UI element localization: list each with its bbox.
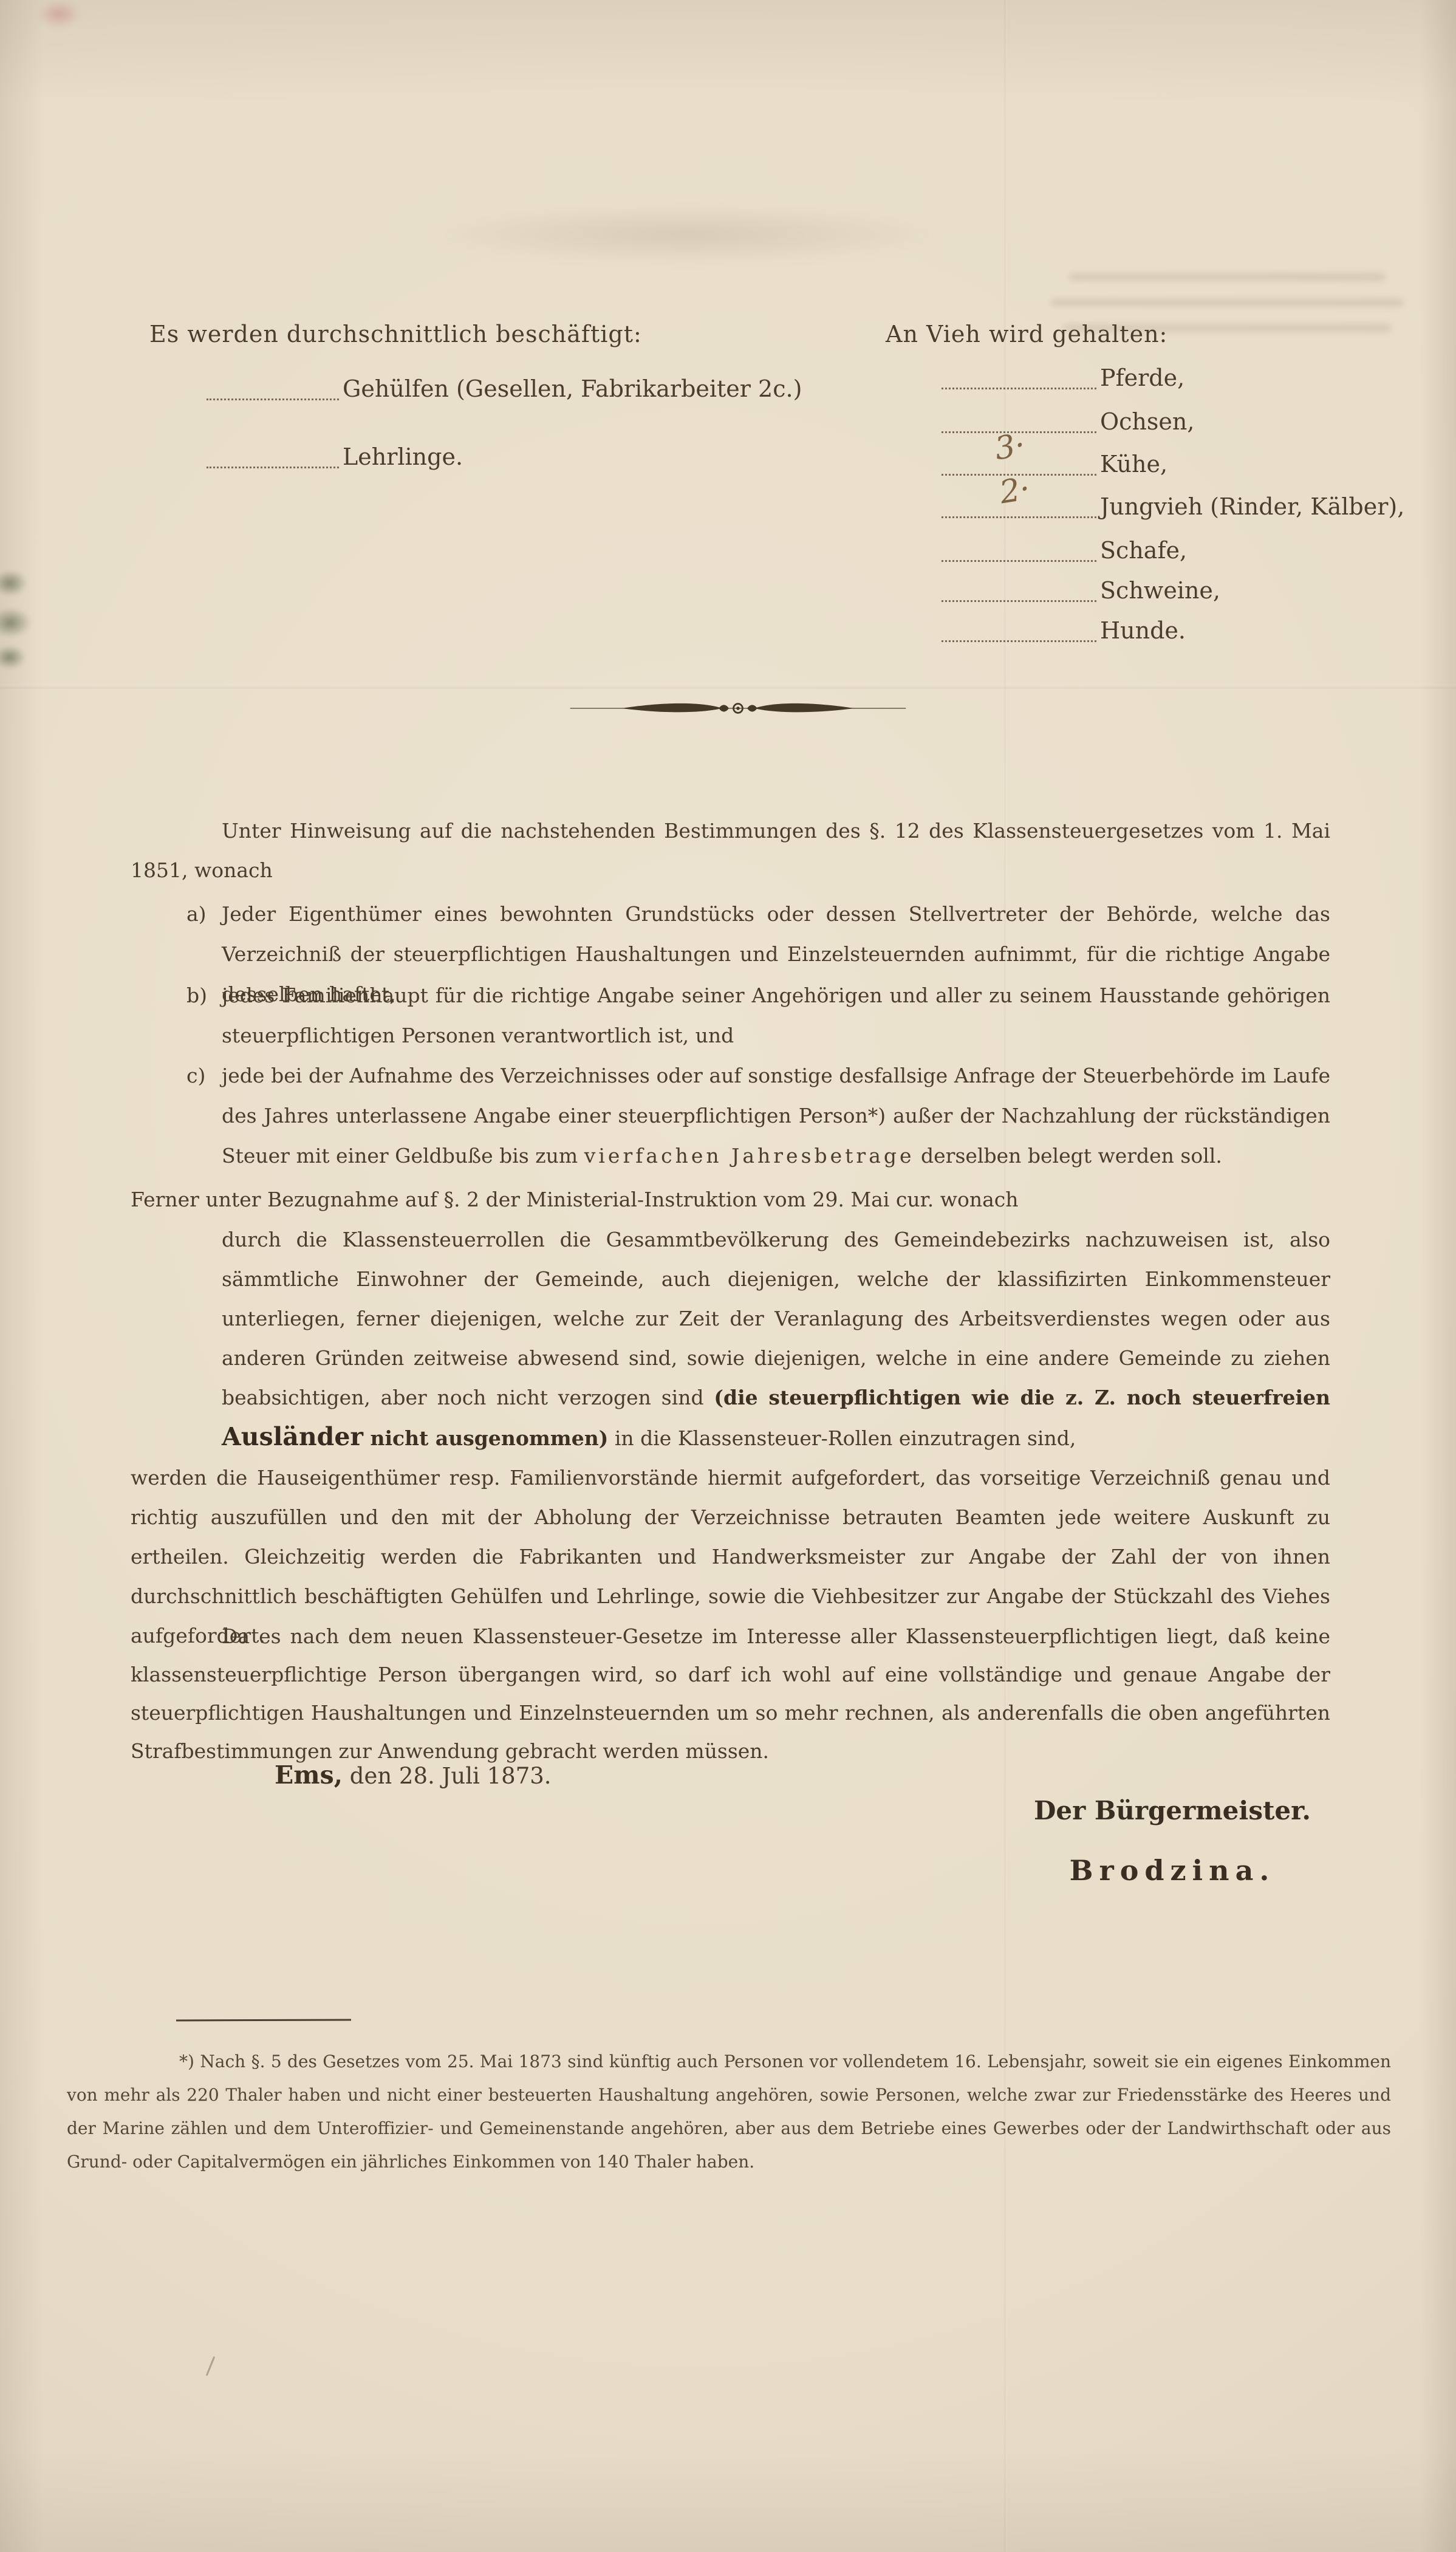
signature-name-block: Brodzina. [972,1854,1373,1887]
hunde-label: Hunde. [1100,617,1186,644]
edge-smudge [0,607,32,638]
schweine-label: Schweine, [1100,577,1220,604]
dateline: Ems, den 28. Juli 1873. [275,1760,552,1790]
list-marker-a: a) [186,894,207,934]
list-marker-b: b) [186,976,207,1016]
livestock-heading: An Vieh wird gehalten: [886,321,1167,347]
dateline-place: Ems, [275,1760,343,1790]
pen-slash-mark [206,2356,216,2376]
handwritten-jungvieh-count: 2· [997,473,1032,508]
citation-text-end: in die Klassensteuer-Rollen einzutragen … [608,1426,1076,1450]
footnote-text: *) Nach §. 5 des Gesetzes vom 25. Mai 18… [67,2045,1391,2178]
fill-in-blank-lehrlinge [207,446,339,468]
form-row-ochsen: Ochsen, [942,408,1194,435]
warning-paragraph: Da es nach dem neuen Klassensteuer-Geset… [131,1617,1330,1770]
bleed-through-ghost-title [389,194,984,267]
form-row-pferde: Pferde, [942,364,1184,391]
horizontal-fold-crease [0,684,1456,689]
list-item-b: b)jedes Familienhaupt für die richtige A… [131,976,1330,1056]
fill-in-blank-pferde [942,367,1096,389]
form-row-schafe: Schafe, [942,537,1187,564]
form-row-kuehe: 3·Kühe, [942,451,1167,477]
indented-citation-block: durch die Klassensteuerrollen die Gesamm… [222,1220,1330,1458]
lehrlinge-label: Lehrlinge. [343,443,463,470]
fill-in-blank-jungvieh: 2· [942,496,1096,518]
list-item-c: c)jede bei der Aufnahme des Verzeichniss… [131,1056,1330,1176]
bleed-through-ghost-line [1069,273,1385,281]
citation-bold-text-end: nicht ausgenommen) [363,1426,608,1450]
ferner-line: Ferner unter Bezugnahme auf §. 2 der Min… [131,1180,1330,1219]
form-row-gehuelfen: Gehülfen (Gesellen, Fabrikarbeiter 2c.) [207,375,802,402]
bleed-through-ghost-line [1051,299,1403,306]
form-row-jungvieh: 2·Jungvieh (Rinder, Kälber), [942,493,1404,520]
list-item-c-emphasis: vierfachen Jahresbetrage [584,1144,915,1168]
dateline-date: den 28. Juli 1873. [343,1763,552,1789]
gehuelfen-label: Gehülfen (Gesellen, Fabrikarbeiter 2c.) [343,375,802,402]
footnote-rule [176,2019,351,2021]
signature-name: Brodzina. [1070,1854,1276,1887]
fill-in-blank-schweine [942,580,1096,602]
form-row-hunde: Hunde. [942,617,1186,644]
edge-smudge [0,570,28,597]
signature-title: Der Bürgermeister. [1034,1796,1311,1825]
paper-stain [38,0,80,28]
list-item-b-text: jedes Familienhaupt für die richtige Ang… [222,984,1330,1047]
form-row-lehrlinge: Lehrlinge. [207,443,463,470]
edge-smudge [0,645,26,669]
fill-in-blank-hunde [942,620,1096,642]
schafe-label: Schafe, [1100,537,1187,564]
jungvieh-label: Jungvieh (Rinder, Kälber), [1100,493,1404,520]
employment-heading: Es werden durchschnittlich beschäftigt: [149,321,642,347]
kuehe-label: Kühe, [1100,451,1167,477]
ornamental-divider [568,696,908,720]
fill-in-blank-gehuelfen [207,378,339,400]
signature-title-block: Der Bürgermeister. [972,1796,1373,1825]
citation-bold-text: (die steuerpflichtigen wie die z. Z. noc… [714,1386,1330,1409]
fill-in-blank-schafe [942,539,1096,562]
pferde-label: Pferde, [1100,364,1184,391]
citation-text: durch die Klassensteuerrollen die Gesamm… [222,1228,1330,1409]
ochsen-label: Ochsen, [1100,408,1194,435]
citation-bold-emphasis: Ausländer [222,1422,363,1451]
list-marker-c: c) [186,1056,205,1096]
handwritten-kuehe-count: 3· [993,429,1027,465]
form-row-schweine: Schweine, [942,577,1220,604]
list-item-c-text-end: derselben belegt werden soll. [915,1144,1222,1168]
scanned-document-page: Es werden durchschnittlich beschäftigt: … [0,0,1456,2552]
intro-paragraph: Unter Hinweisung auf die nachstehenden B… [131,811,1330,890]
